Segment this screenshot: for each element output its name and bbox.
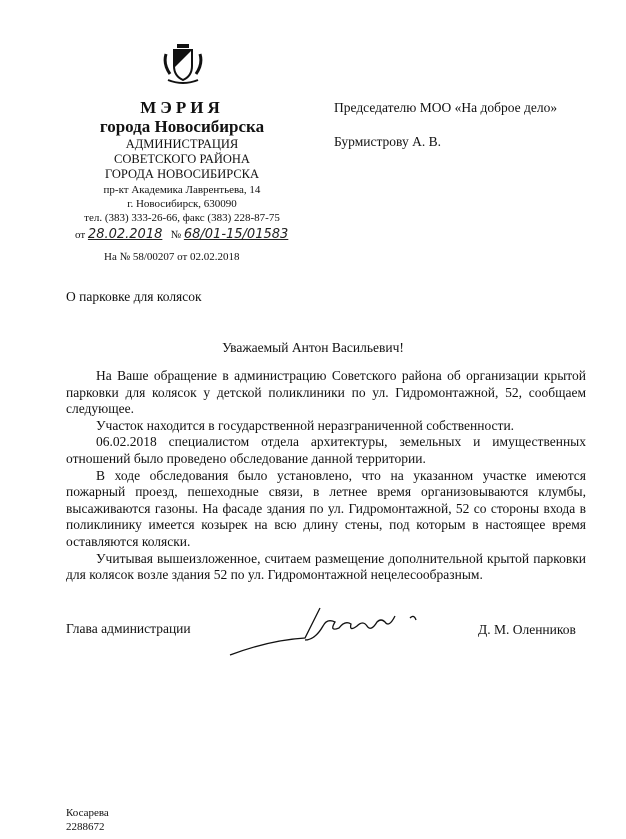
contact-line: тел. (383) 333-26-66, факс (383) 228-87-…: [72, 211, 292, 225]
number-label: №: [171, 229, 182, 241]
body-paragraph: В ходе обследования было установлено, чт…: [66, 468, 586, 551]
signatory-title: Глава администрации: [66, 621, 191, 637]
handwritten-signature-icon: [210, 600, 430, 660]
administration-line: АДМИНИСТРАЦИЯ: [72, 137, 292, 152]
body-paragraph: 06.02.2018 специалистом отдела архитекту…: [66, 434, 586, 467]
registration-line: от 28.02.2018 № 68/01-15/01583: [75, 227, 288, 242]
reference-line: На № 58/00207 от 02.02.2018: [104, 251, 240, 263]
letterhead-title: МЭРИЯ: [72, 98, 292, 118]
body-paragraph: Учитывая вышеизложенное, считаем размеще…: [66, 551, 586, 584]
body-paragraph: Участок находится в государственной нера…: [66, 418, 586, 435]
executor-info: Косарева 2288672: [66, 806, 109, 834]
address-line: пр-кт Академика Лаврентьева, 14: [72, 183, 292, 197]
executor-name: Косарева: [66, 806, 109, 820]
recipient-name: Бурмистрову А. В.: [334, 134, 441, 150]
signatory-name: Д. М. Оленников: [478, 622, 576, 638]
executor-phone: 2288672: [66, 820, 109, 834]
recipient-position: Председателю МОО «На доброе дело»: [334, 100, 557, 116]
greeting: Уважаемый Антон Васильевич!: [0, 340, 626, 356]
registration-number: 68/01-15/01583: [184, 227, 288, 242]
body-paragraph: На Ваше обращение в администрацию Советс…: [66, 368, 586, 418]
date-label: от: [75, 229, 85, 241]
registration-date: 28.02.2018: [88, 227, 162, 242]
administration-line: СОВЕТСКОГО РАЙОНА: [72, 152, 292, 167]
letterhead-city: города Новосибирска: [72, 117, 292, 137]
administration-line: ГОРОДА НОВОСИБИРСКА: [72, 167, 292, 182]
coat-of-arms-icon: [162, 42, 204, 86]
address-line: г. Новосибирск, 630090: [72, 197, 292, 211]
subject-line: О парковке для колясок: [66, 289, 202, 305]
letter-body: На Ваше обращение в администрацию Советс…: [66, 368, 586, 584]
